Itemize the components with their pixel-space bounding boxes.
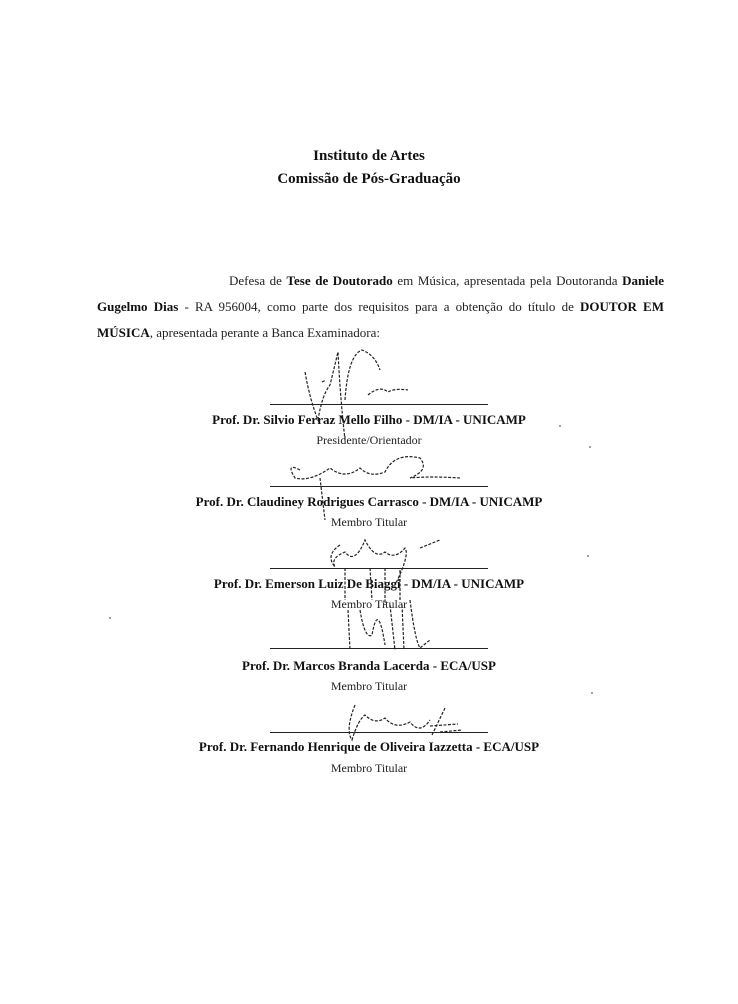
intro-text: , apresentada perante a Banca Examinador… [150,325,380,340]
member-role: Membro Titular [0,761,738,776]
intro-paragraph: Defesa de Tese de Doutorado em Música, a… [97,268,664,346]
signature-line [270,486,488,487]
member-role: Presidente/Orientador [0,433,738,448]
intro-text: Defesa de [229,273,287,288]
signature-line [270,732,488,733]
member-role: Membro Titular [0,597,738,612]
signature-3 [331,540,440,605]
signature-5 [349,705,462,740]
member-role: Membro Titular [0,679,738,694]
signature-line [270,568,488,569]
member-name: Prof. Dr. Emerson Luiz De Biaggi - DM/IA… [0,576,738,592]
intro-text: - RA 956004, como parte dos requisitos p… [178,299,580,314]
intro-text: em Música, apresentada pela Doutoranda [393,273,622,288]
member-name: Prof. Dr. Fernando Henrique de Oliveira … [0,739,738,755]
member-name: Prof. Dr. Marcos Branda Lacerda - ECA/US… [0,658,738,674]
signature-line [270,648,488,649]
thesis-type: Tese de Doutorado [287,273,393,288]
signature-line [270,404,488,405]
document-header: Instituto de Artes Comissão de Pós-Gradu… [0,145,738,191]
institute-title: Instituto de Artes [0,145,738,168]
member-name: Prof. Dr. Silvio Ferraz Mello Filho - DM… [0,412,738,428]
commission-title: Comissão de Pós-Graduação [0,168,738,191]
member-role: Membro Titular [0,515,738,530]
signature-2 [291,457,460,520]
member-name: Prof. Dr. Claudiney Rodrigues Carrasco -… [0,494,738,510]
